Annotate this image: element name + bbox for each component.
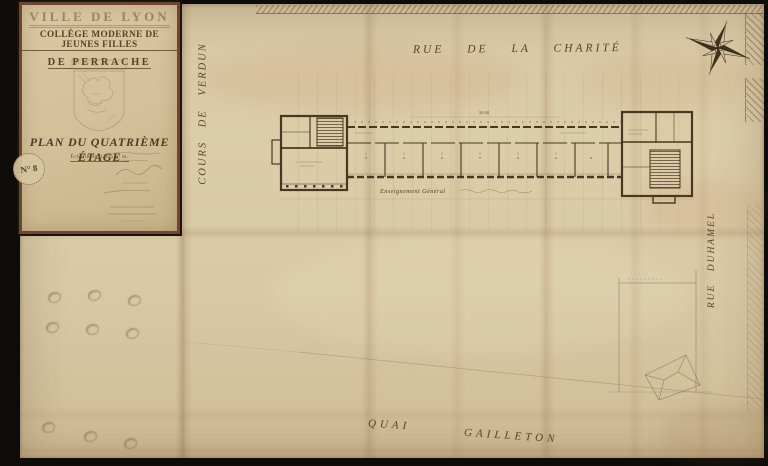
- dimension-label: 50.00: [479, 110, 490, 115]
- handwritten-annotations: [92, 147, 176, 227]
- border-hatching-top: [256, 5, 763, 14]
- border-hatching-right: [745, 78, 764, 122]
- street-label-rue-duhamel: RUE DUHAMEL: [707, 198, 717, 322]
- pencil-building-sketch: [598, 258, 768, 408]
- title-city: VILLE DE LYON: [22, 5, 177, 28]
- title-school-name: COLLÈGE MODERNE DE JEUNES FILLES: [22, 28, 177, 52]
- street-label-rue-de-la-charite: RUE DE LA CHARITÉ: [413, 42, 622, 56]
- compass-rose-icon: [686, 16, 750, 80]
- plan-caption: Enseignement Général: [379, 188, 446, 195]
- street-label-cours-de-verdun: COURS DE VERDUN: [198, 34, 209, 194]
- scanned-plan-document: 50.00: [0, 0, 768, 466]
- floor-plan-drawing: 50.00: [260, 72, 700, 237]
- coat-of-arms-sketch: [66, 57, 132, 137]
- title-city-text: VILLE DE LYON: [29, 9, 169, 28]
- title-block: VILLE DE LYON COLLÈGE MODERNE DE JEUNES …: [22, 5, 177, 231]
- title-school-text: COLLÈGE MODERNE DE JEUNES FILLES: [22, 30, 177, 51]
